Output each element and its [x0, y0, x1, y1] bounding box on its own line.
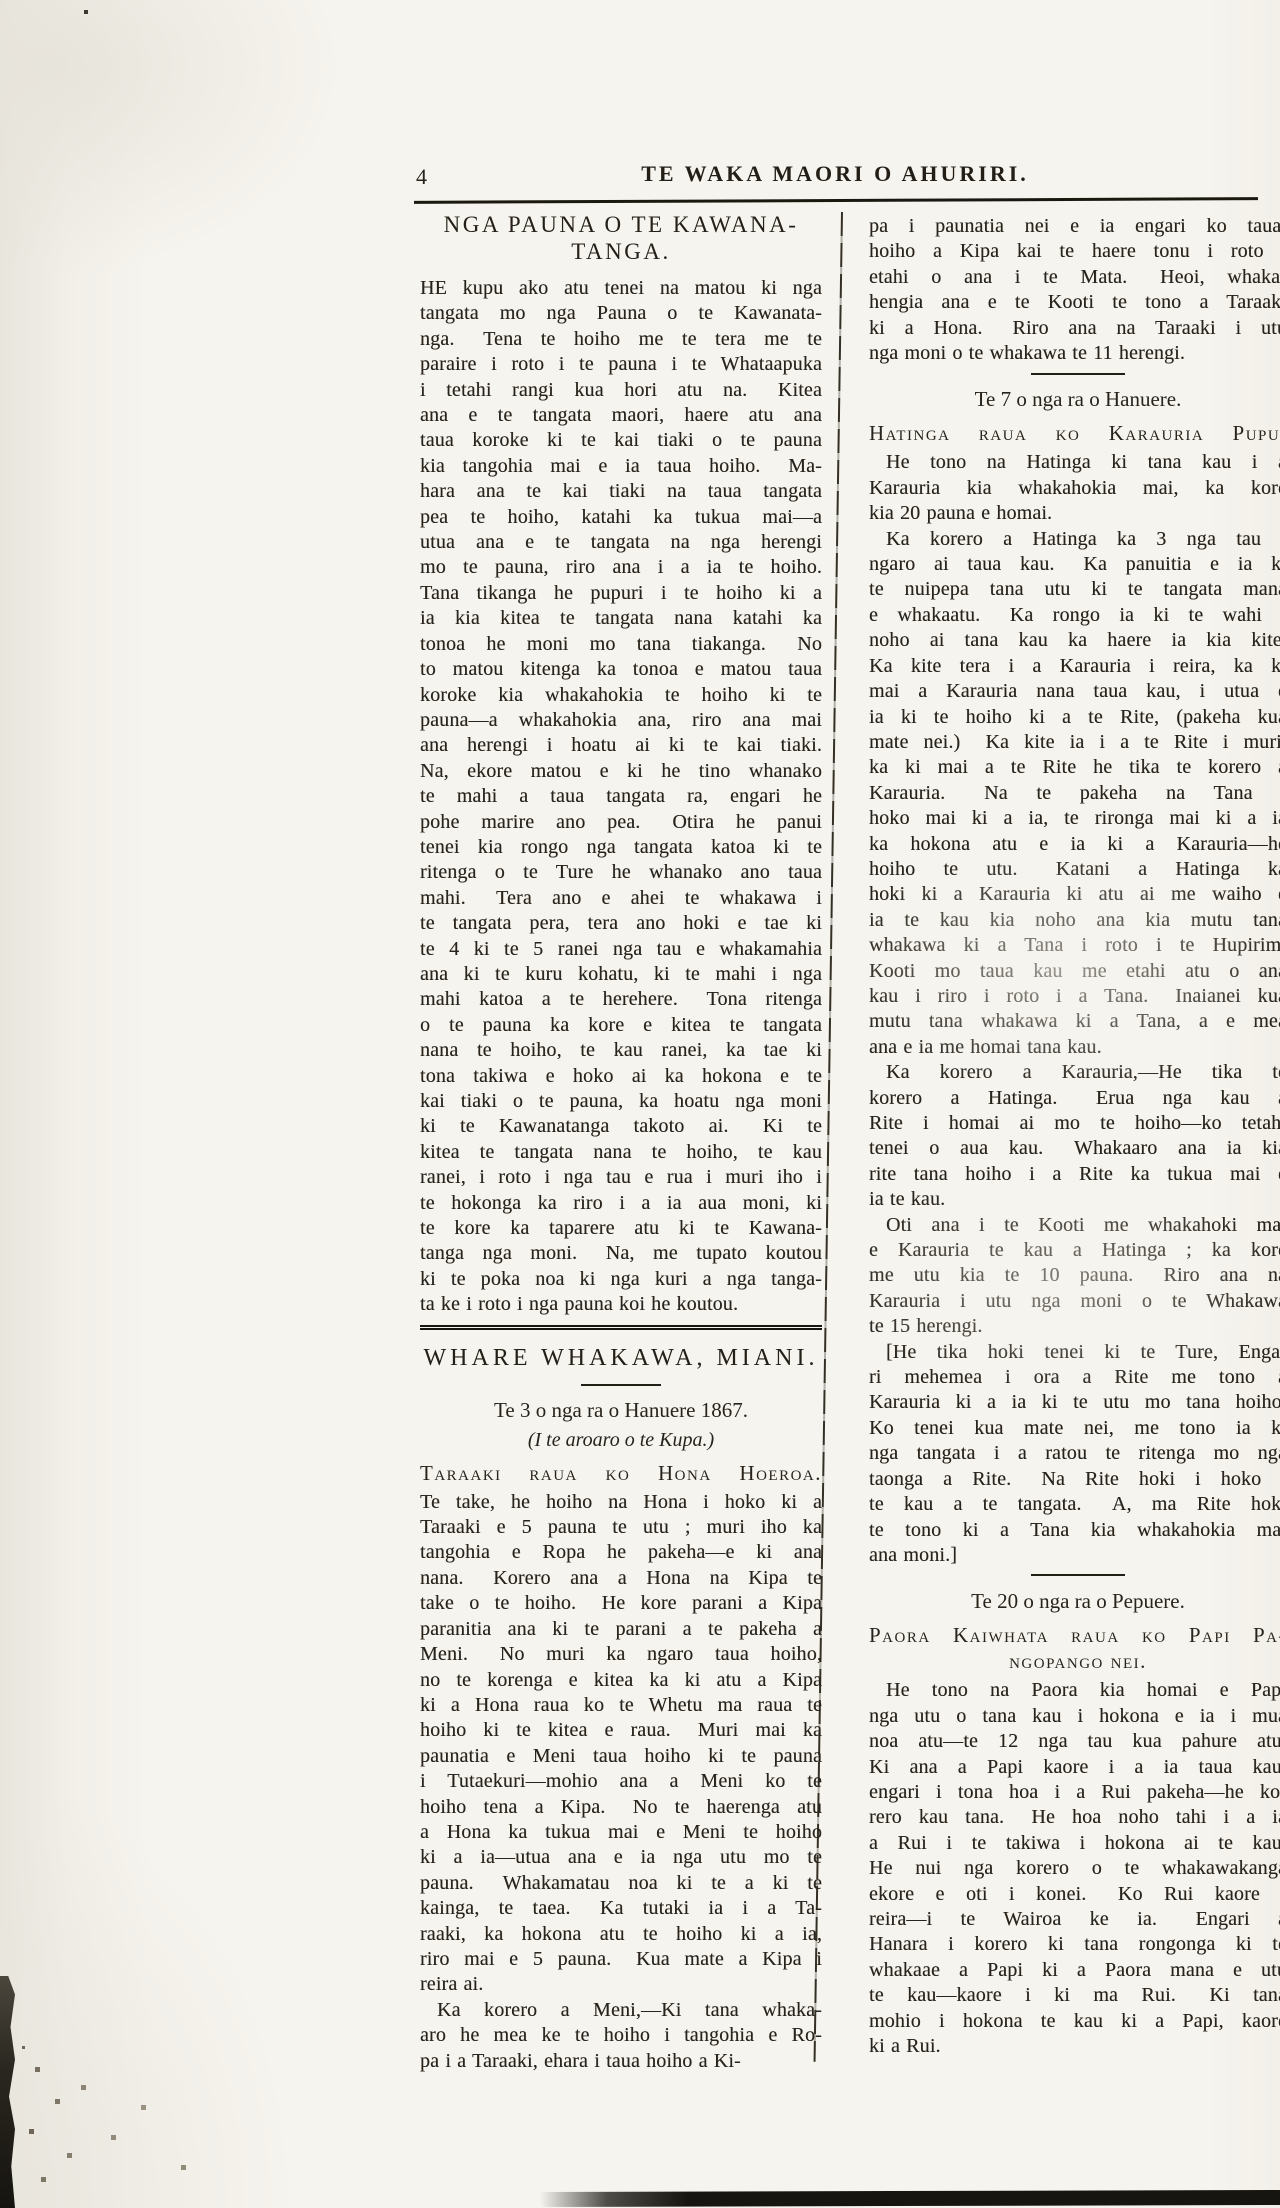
text-line: ki te Kawanatanga takoto ai. Ki te: [420, 1114, 822, 1139]
scan-edge-strip: [0, 1976, 15, 2208]
text-line: ki a ia—utua ana e ia nga utu mo te: [420, 1845, 822, 1870]
text-line: [He tika hoki tenei ki te Ture, Enga-: [869, 1340, 1280, 1365]
text-line: hengia ana e te Kooti te tono a Taraaki: [869, 290, 1280, 315]
text-line: nga. Tena te hoiho me te tera me te: [420, 327, 822, 352]
text-line: kia 20 pauna e homai.: [869, 501, 1280, 526]
text-line: mai a Karauria nana taua kau, i utua e: [869, 679, 1280, 704]
text-line: Meni. No muri ka ngaro taua hoiho,: [420, 1642, 822, 1667]
text-line: korero a Hatinga. Erua nga kau a: [869, 1086, 1280, 1111]
text-line: mahi katoa a te herehere. Tona ritenga: [420, 987, 822, 1012]
text-line: ia te kau.: [869, 1187, 1280, 1212]
text-line: He tono na Hatinga ki tana kau i a: [869, 450, 1280, 475]
case-title-paora-papi: Paora Kaiwhata raua ko Papi Pa-ngopango …: [869, 1622, 1280, 1674]
text-line: a Rui i te takiwa i hokona ai te kau.: [869, 1831, 1280, 1856]
text-line: ta ke i roto i nga pauna koi he koutou.: [420, 1292, 822, 1317]
text-line: paunatia e Meni taua hoiho ki te pauna: [420, 1744, 822, 1769]
text-line: hoiho a Kipa kai te haere tonu i roto i: [869, 239, 1280, 264]
text-line: Ka korero a Meni,—Ki tana whaka-: [420, 1998, 822, 2023]
text-line: noa atu—te 12 nga tau kua pahure atu.: [869, 1729, 1280, 1754]
text-line: te tangata pera, tera ano hoki e tae ki: [420, 911, 822, 936]
short-rule: [1031, 373, 1125, 375]
text-line: ngaro ai taua kau. Ka panuitia e ia ki: [869, 552, 1280, 577]
date-line-hanuere7: Te 7 o nga ra o Hanuere.: [869, 387, 1280, 412]
section-divider-rule: [420, 1325, 822, 1330]
text-line: taua koroke ki te kai tiaki o te pauna: [420, 428, 822, 453]
text-line: ana e te tangata maori, haere atu ana: [420, 403, 822, 428]
text-line: te tono ki a Tana kia whakahokia mai: [869, 1518, 1280, 1543]
text-line: kitea te tangata nana te hoiho, te kau: [420, 1140, 822, 1165]
text-line: e whakaatu. Ka rongo ia ki te wahi i: [869, 603, 1280, 628]
text-line: Karauria. Na te pakeha na Tana i: [869, 781, 1280, 806]
text-line: rero kau tana. He hoa noho tahi i a ia: [869, 1805, 1280, 1830]
text-line: ki a Hona. Riro ana na Taraaki i utu: [869, 316, 1280, 341]
text-line: ia kia kitea te tangata nana katahi ka: [420, 606, 822, 631]
text-line: paranitia ana ki te parani a te pakeha a: [420, 1617, 822, 1642]
text-line: Oti ana i te Kooti me whakahoki mai: [869, 1213, 1280, 1238]
text-line: tenei o aua kau. Whakaaro ana ia kia: [869, 1136, 1280, 1161]
article2-title: WHARE WHAKAWA, MIANI.: [420, 1344, 822, 1372]
text-line: mate nei.) Ka kite ia i a te Rite i muri…: [869, 730, 1280, 755]
text-line: i Tutaekuri—mohio ana a Meni ko te: [420, 1769, 822, 1794]
body-paragraph: Ka korero a Hatinga ka 3 nga tau ingaro …: [869, 527, 1280, 1061]
page-number: 4: [416, 164, 427, 190]
text-line: hoko mai ki a ia, te rironga mai ki a ia: [869, 806, 1280, 831]
text-line: Ka korero a Karauria,—He tika te: [869, 1060, 1280, 1085]
body-paragraph: pa i paunatia nei e ia engari ko taua;ho…: [869, 214, 1280, 366]
text-line: ana ki te kuru kohatu, ki te mahi i nga: [420, 962, 822, 987]
text-line: i tetahi rangi kua hori atu na. Kitea: [420, 378, 822, 403]
text-line: kia tangohia mai e ia taua hoiho. Ma-: [420, 454, 822, 479]
body-paragraph: [He tika hoki tenei ki te Ture, Enga-ri …: [869, 1340, 1280, 1569]
left-column: NGA PAUNA O TE KAWANA-TANGA. HE kupu ako…: [420, 211, 822, 2074]
text-line: nga moni o te whakawa te 11 herengi.: [869, 341, 1280, 366]
text-line: mo te pauna, riro ana i a ia te hoiho.: [420, 555, 822, 580]
scanned-newspaper-page: { "page": { "number": "4", "masthead": "…: [0, 0, 1280, 2208]
short-rule: [1031, 1574, 1125, 1576]
text-line: pauna. Whakamatau noa ki te a ki te: [420, 1871, 822, 1896]
text-line: ka ki mai a te Rite he tika te korero a: [869, 755, 1280, 780]
text-line: whakawa ki a Tana i roto i te Hupirimi: [869, 933, 1280, 958]
short-rule: [581, 1384, 661, 1386]
text-line: rite tana hoiho i a Rite ka tukua mai e: [869, 1162, 1280, 1187]
scan-edge-dots: [22, 2046, 25, 2049]
text-line: nana te hoiho, te kau ranei, ka tae ki: [420, 1038, 822, 1063]
right-column: pa i paunatia nei e ia engari ko taua;ho…: [869, 211, 1280, 2059]
text-line: aro he mea ke te hoiho i tangohia e Ro-: [420, 2023, 822, 2048]
text-line: tangata mo nga Pauna o te Kawanata-: [420, 301, 822, 326]
text-line: ka hokona atu e ia ki a Karauria—he: [869, 832, 1280, 857]
text-line: ki te poka noa ki nga kuri a nga tanga-: [420, 1267, 822, 1292]
text-line: Kooti mo taua kau me etahi atu o ana: [869, 959, 1280, 984]
text-line: engari i tona hoa i a Rui pakeha—he ko-: [869, 1780, 1280, 1805]
text-line: mohio i hokona te kau ki a Papi, kaore: [869, 2009, 1280, 2034]
text-line: kainga, te taea. Ka tutaki ia i a Ta-: [420, 1896, 822, 1921]
text-line: ki a Rui.: [869, 2034, 1280, 2059]
heading-line: ngopango nei.: [869, 1648, 1280, 1674]
text-line: te kau—kaore i ki ma Rui. Ki tana: [869, 1983, 1280, 2008]
text-line: hara ana te kai tiaki na taua tangata: [420, 479, 822, 504]
text-line: reira ai.: [420, 1972, 822, 1997]
text-line: nga tangata i a ratou te ritenga mo nga: [869, 1441, 1280, 1466]
text-line: Karauria ki a ia ki te utu mo tana hoiho…: [869, 1390, 1280, 1415]
text-line: Taraaki e 5 pauna te utu ; muri iho ka: [420, 1515, 822, 1540]
ink-speckles: [84, 10, 88, 14]
text-line: mutu tana whakawa ki a Tana, a e mea: [869, 1009, 1280, 1034]
heading-line: Paora Kaiwhata raua ko Papi Pa-: [869, 1622, 1280, 1648]
text-line: ia te kau kia noho ana kia mutu tana: [869, 908, 1280, 933]
text-line: tenei kia rongo nga tangata katoa ki te: [420, 835, 822, 860]
text-line: He tono na Paora kia homai e Papi: [869, 1678, 1280, 1703]
text-line: etahi o ana i te Mata. Heoi, whaka-: [869, 265, 1280, 290]
heading-line: Hatinga raua ko Karauria Pupu.: [869, 420, 1280, 446]
text-line: tanga nga moni. Na, me tupato koutou: [420, 1241, 822, 1266]
court-subtitle: (I te aroaro o te Kupa.): [420, 1428, 822, 1452]
text-line: tonoa he moni mo tana tiakanga. No: [420, 632, 822, 657]
text-line: me utu kia te 10 pauna. Riro ana na: [869, 1263, 1280, 1288]
text-line: ritenga o te Ture he whanako ano taua: [420, 860, 822, 885]
text-line: ana herengi i hoatu ai ki te kai tiaki.: [420, 733, 822, 758]
text-line: Karauria i utu nga moni o te Whakawa: [869, 1289, 1280, 1314]
text-line: ekore e oti i konei. Ko Rui kaore i: [869, 1882, 1280, 1907]
text-line: pa i paunatia nei e ia engari ko taua;: [869, 214, 1280, 239]
text-line: take o te hoiho. He kore parani a Kipa: [420, 1591, 822, 1616]
text-line: whakaae a Papi ki a Paora mana e utu: [869, 1958, 1280, 1983]
text-line: Karauria kia whakahokia mai, ka kore: [869, 476, 1280, 501]
article2-body: Te take, he hoiho na Hona i hoko ki aTar…: [420, 1490, 822, 2074]
text-line: mahi. Tera ano e ahei te whakawa i: [420, 886, 822, 911]
date-line-pepuere20: Te 20 o nga ra o Pepuere.: [869, 1589, 1280, 1614]
text-line: Ka korero a Hatinga ka 3 nga tau i: [869, 527, 1280, 552]
text-line: ana moni.]: [869, 1543, 1280, 1568]
body-paragraph: Ka korero a Meni,—Ki tana whaka-aro he m…: [420, 1998, 822, 2074]
text-line: o te pauna ka kore e kitea te tangata: [420, 1013, 822, 1038]
article1-body: HE kupu ako atu tenei na matou ki ngatan…: [420, 276, 822, 1318]
text-line: ia ki te hoiho ki a te Rite, (pakeha kua: [869, 705, 1280, 730]
text-line: Rite i homai ai mo te hoiho—ko tetahi: [869, 1111, 1280, 1136]
masthead-title: TE WAKA MAORI O AHURIRI.: [600, 161, 1070, 187]
body-paragraph: Te take, he hoiho na Hona i hoko ki aTar…: [420, 1490, 822, 1998]
text-line: te kore ka taparere atu ki te Kawana-: [420, 1216, 822, 1241]
body-paragraph: Ka korero a Karauria,—He tika tekorero a…: [869, 1060, 1280, 1212]
section-hanuere7-body: He tono na Hatinga ki tana kau i aKaraur…: [869, 450, 1280, 1568]
text-line: noho ai tana kau ka haere ia kia kite.: [869, 628, 1280, 653]
text-line: riro mai e 5 pauna. Kua mate a Kipa i: [420, 1947, 822, 1972]
text-line: ranei, i roto i nga tau e rua i muri iho…: [420, 1165, 822, 1190]
text-line: Ki ana a Papi kaore i a ia taua kau,: [869, 1755, 1280, 1780]
heading-line: Taraaki raua ko Hona Hoeroa.: [420, 1460, 822, 1486]
text-line: HE kupu ako atu tenei na matou ki nga: [420, 276, 822, 301]
text-line: Na, ekore matou e ki he tino whanako: [420, 759, 822, 784]
text-line: tangohia e Ropa he pakeha—e ki ana: [420, 1540, 822, 1565]
text-line: raaki, ka hokona atu te hoiho ki a ia,: [420, 1922, 822, 1947]
text-line: te hokonga ka riro i a ia aua moni, ki: [420, 1191, 822, 1216]
body-paragraph: Oti ana i te Kooti me whakahoki maie Kar…: [869, 1213, 1280, 1340]
text-line: ri mehemea i ora a Rite me tono a: [869, 1365, 1280, 1390]
text-line: te kau a te tangata. A, ma Rite hoki: [869, 1492, 1280, 1517]
text-line: kau i riro i roto i a Tana. Inaianei kua: [869, 984, 1280, 1009]
body-paragraph: He tono na Paora kia homai e Papinga utu…: [869, 1678, 1280, 2059]
text-line: Tana tikanga he pupuri i te hoiho ki a: [420, 581, 822, 606]
text-line: taonga a Rite. Na Rite hoki i hoko i: [869, 1467, 1280, 1492]
text-line: te nuipepa tana utu ki te tangata mana: [869, 577, 1280, 602]
text-line: te mahi a taua tangata ra, engari he: [420, 784, 822, 809]
text-line: ana e ia me homai tana kau.: [869, 1035, 1280, 1060]
text-line: Ko tenei kua mate nei, me tono ia ki: [869, 1416, 1280, 1441]
text-line: hoiho ki te kitea e raua. Muri mai ka: [420, 1718, 822, 1743]
body-paragraph: He tono na Hatinga ki tana kau i aKaraur…: [869, 450, 1280, 526]
section-pepuere20-body: He tono na Paora kia homai e Papinga utu…: [869, 1678, 1280, 2059]
text-line: no te korenga e kitea ka ki atu a Kipa: [420, 1668, 822, 1693]
text-line: te 4 ki te 5 ranei nga tau e whakamahia: [420, 937, 822, 962]
text-line: hoiho te utu. Katani a Hatinga ka: [869, 857, 1280, 882]
text-line: e Karauria te kau a Hatinga ; ka kore: [869, 1238, 1280, 1263]
text-line: to matou kitenga ka tonoa e matou taua: [420, 657, 822, 682]
text-line: utua ana e te tangata na nga herengi: [420, 530, 822, 555]
text-line: te 15 herengi.: [869, 1314, 1280, 1339]
text-line: pea te hoiho, katahi ka tukua mai—a: [420, 505, 822, 530]
text-line: hoiho tena a Kipa. No te haerenga atu: [420, 1795, 822, 1820]
heading-line: NGA PAUNA O TE KAWANA-: [420, 211, 822, 238]
text-line: pohe marire ano pea. Otira he panui: [420, 810, 822, 835]
text-line: kai tiaki o te pauna, ka hoatu nga moni: [420, 1089, 822, 1114]
text-line: Ka kite tera i a Karauria i reira, ka ki: [869, 654, 1280, 679]
text-line: pa i a Taraaki, ehara i taua hoiho a Ki-: [420, 2049, 822, 2074]
heading-line: TANGA.: [420, 238, 822, 265]
text-line: reira—i te Wairoa ke ia. Engari a: [869, 1907, 1280, 1932]
continuation-body: pa i paunatia nei e ia engari ko taua;ho…: [869, 214, 1280, 366]
body-paragraph: HE kupu ako atu tenei na matou ki ngatan…: [420, 276, 822, 1318]
text-line: tona takiwa e hoko ai ka hokona e te: [420, 1064, 822, 1089]
text-line: Hanara i korero ki tana rongonga ki te: [869, 1932, 1280, 1957]
text-line: koroke kia whakahokia te hoiho ki te: [420, 683, 822, 708]
case-title-taraaki-hona: Taraaki raua ko Hona Hoeroa.: [420, 1460, 822, 1486]
text-line: He nui nga korero o te whakawakanga: [869, 1856, 1280, 1881]
date-line-hanuere3: Te 3 o nga ra o Hanuere 1867.: [420, 1398, 822, 1423]
text-line: paraire i roto i te pauna i te Whataapuk…: [420, 352, 822, 377]
text-line: a Hona ka tukua mai e Meni te hoiho: [420, 1820, 822, 1845]
text-line: hoki ki a Karauria ki atu ai me waiho e: [869, 882, 1280, 907]
header-rule: [414, 197, 1258, 204]
case-title-hatinga-karauria: Hatinga raua ko Karauria Pupu.: [869, 420, 1280, 446]
text-line: nana. Korero ana a Hona na Kipa te: [420, 1566, 822, 1591]
text-line: ki a Hona raua ko te Whetu ma raua te: [420, 1693, 822, 1718]
text-line: Te take, he hoiho na Hona i hoko ki a: [420, 1490, 822, 1515]
article1-heading: NGA PAUNA O TE KAWANA-TANGA.: [420, 211, 822, 265]
text-line: nga utu o tana kau i hokona e ia i mua: [869, 1704, 1280, 1729]
scan-bottom-band: [540, 2190, 1280, 2207]
text-line: pauna—a whakahokia ana, riro ana mai: [420, 708, 822, 733]
